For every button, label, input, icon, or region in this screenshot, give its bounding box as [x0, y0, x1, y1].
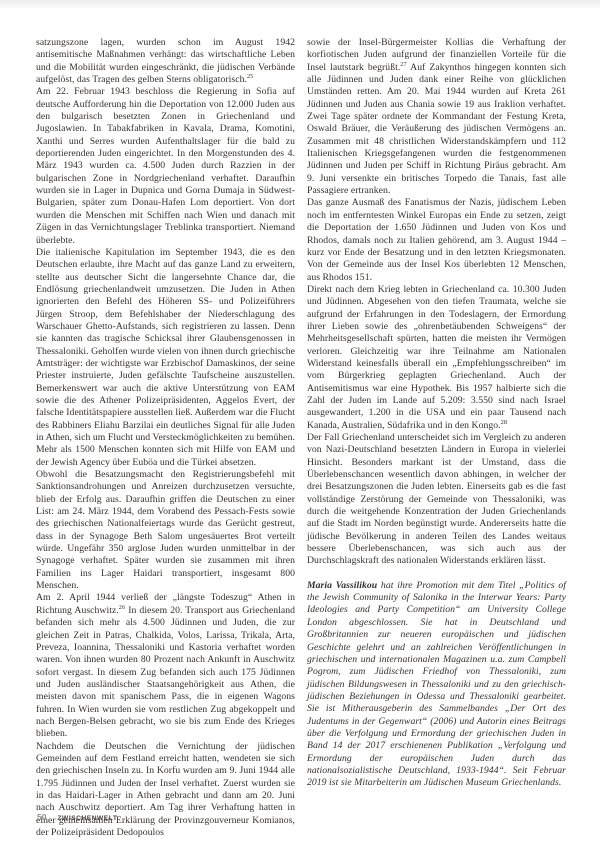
paragraph-longest-death-train: Am 2. April 1944 verließ der „längste To…: [36, 592, 295, 740]
paragraph-greek-case-comparison: Der Fall Griechenland unterscheidet sich…: [307, 432, 566, 568]
journal-title: ZWISCHENWELT: [57, 815, 117, 822]
author-bio: Maria Vassilikou hat ihre Promotion mit …: [307, 580, 566, 790]
footnote-marker: 28: [501, 418, 507, 425]
scan-edge-shadow: [0, 0, 600, 10]
paragraph-italian-capitulation-athens: Die italienische Kapitulation im Septemb…: [36, 247, 295, 469]
paragraph-bulgarian-zone-measures: satzungszone lagen, wurden schon im Augu…: [36, 37, 295, 86]
paragraph-corfu-continuation-crete: sowie der Insel-Bürgermeister Kollias di…: [307, 37, 566, 197]
page-number: 50: [37, 812, 46, 822]
paragraph-synagogue-ruse: Obwohl die Besatzungsmacht den Registrie…: [36, 469, 295, 592]
paragraph-deportation-bulgarian-zone: Am 22. Februar 1943 beschloss die Regier…: [36, 86, 295, 246]
paragraph-postwar-situation: Direkt nach dem Krieg lebten in Griechen…: [307, 284, 566, 432]
paragraph-greek-islands-corfu: Nachdem die Deutschen die Vernichtung de…: [36, 741, 295, 840]
footnote-marker: 25: [247, 73, 253, 80]
left-text-column: satzungszone lagen, wurden schon im Augu…: [36, 37, 295, 839]
paragraph-kos-rhodos: Das ganze Ausmaß des Fanatismus der Nazi…: [307, 197, 566, 283]
page-footer: 50 ZWISCHENWELT: [37, 812, 117, 822]
right-text-column: sowie der Insel-Bürgermeister Kollias di…: [307, 37, 566, 790]
